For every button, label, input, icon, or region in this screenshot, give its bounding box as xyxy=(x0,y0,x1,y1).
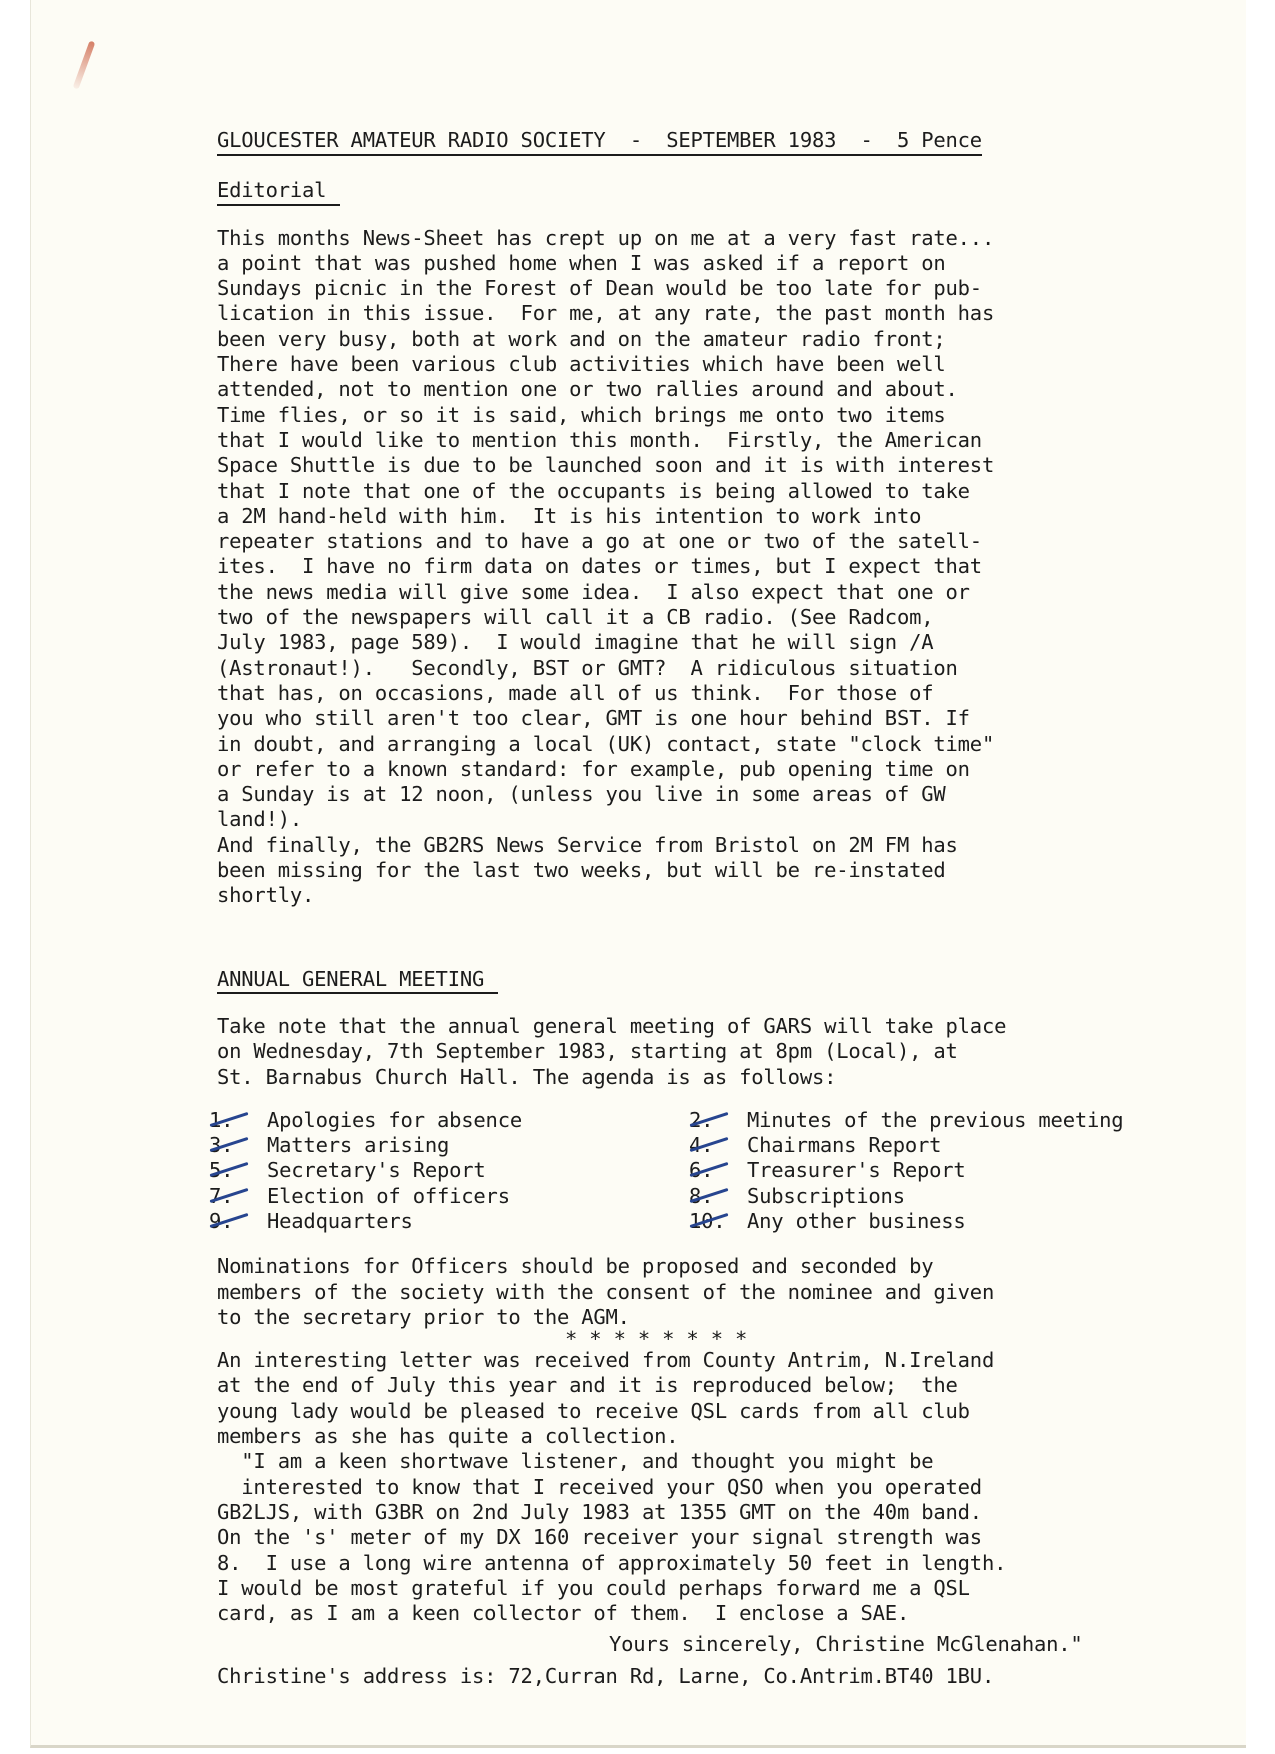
newsletter-page: GLOUCESTER AMATEUR RADIO SOCIETY - SEPTE… xyxy=(30,0,1246,1748)
agenda-label: Election of officers xyxy=(267,1184,510,1209)
text-line: St. Barnabus Church Hall. The agenda is … xyxy=(217,1065,1237,1090)
pen-strike-mark xyxy=(690,1162,729,1177)
agenda-item: 5.Secretary's Report xyxy=(209,1158,689,1183)
text-line: Nominations for Officers should be propo… xyxy=(217,1254,1237,1279)
text-line: the news media will give some idea. I al… xyxy=(217,580,1237,605)
text-line: And finally, the GB2RS News Service from… xyxy=(217,833,1237,858)
letter-body-text: "I am a keen shortwave listener, and tho… xyxy=(217,1449,1237,1626)
contact-address: Christine's address is: 72,Curran Rd, La… xyxy=(217,1664,1237,1689)
text-line: July 1983, page 589). I would imagine th… xyxy=(217,630,1237,655)
text-line: at the end of July this year and it is r… xyxy=(217,1373,1237,1398)
agenda-label: Treasurer's Report xyxy=(747,1158,966,1183)
agenda-item: 4.Chairmans Report xyxy=(689,1133,1169,1158)
text-line: two of the newspapers will call it a CB … xyxy=(217,605,1237,630)
text-line: shortly. xyxy=(217,883,1237,908)
text-line: that I would like to mention this month.… xyxy=(217,428,1237,453)
agenda-item: 2.Minutes of the previous meeting xyxy=(689,1108,1169,1133)
agenda-label: Chairmans Report xyxy=(747,1133,941,1158)
text-line: attended, not to mention one or two rall… xyxy=(217,377,1237,402)
agenda-number: 3. xyxy=(209,1133,267,1158)
agenda-number: 5. xyxy=(209,1158,267,1183)
editorial-text: This months News-Sheet has crept up on m… xyxy=(217,226,1237,909)
pen-strike-mark xyxy=(690,1188,729,1203)
text-line: 8. I use a long wire antenna of approxim… xyxy=(217,1551,1237,1576)
agenda-item: 10.Any other business xyxy=(689,1209,1169,1234)
agenda-number: 8. xyxy=(689,1184,747,1209)
agenda-label: Subscriptions xyxy=(747,1184,905,1209)
agenda-label: Minutes of the previous meeting xyxy=(747,1108,1123,1133)
text-line: interested to know that I received your … xyxy=(217,1475,1237,1500)
agenda-label: Headquarters xyxy=(267,1209,413,1234)
text-line: There have been various club activities … xyxy=(217,352,1237,377)
text-line: repeater stations and to have a go at on… xyxy=(217,529,1237,554)
text-line: Sundays picnic in the Forest of Dean wou… xyxy=(217,276,1237,301)
agenda-label: Any other business xyxy=(747,1209,966,1234)
masthead: GLOUCESTER AMATEUR RADIO SOCIETY - SEPTE… xyxy=(217,128,982,156)
agenda-item: 8.Subscriptions xyxy=(689,1184,1169,1209)
nominations-text: Nominations for Officers should be propo… xyxy=(217,1254,1237,1330)
text-line: card, as I am a keen collector of them. … xyxy=(217,1601,1237,1626)
pen-strike-mark xyxy=(210,1213,249,1228)
pen-strike-mark xyxy=(210,1188,249,1203)
text-line: ites. I have no firm data on dates or ti… xyxy=(217,554,1237,579)
agenda-number: 4. xyxy=(689,1133,747,1158)
text-line: GB2LJS, with G3BR on 2nd July 1983 at 13… xyxy=(217,1500,1237,1525)
text-line: On the 's' meter of my DX 160 receiver y… xyxy=(217,1525,1237,1550)
text-line: lication in this issue. For me, at any r… xyxy=(217,301,1237,326)
text-line: Space Shuttle is due to be launched soon… xyxy=(217,453,1237,478)
letter-intro-text: An interesting letter was received from … xyxy=(217,1348,1237,1449)
agenda-label: Apologies for absence xyxy=(267,1108,522,1133)
text-line: that has, on occasions, made all of us t… xyxy=(217,681,1237,706)
paper-stain xyxy=(73,40,96,89)
text-line: in doubt, and arranging a local (UK) con… xyxy=(217,732,1237,757)
agenda-number: 1. xyxy=(209,1108,267,1133)
pen-strike-mark xyxy=(210,1137,249,1152)
agenda-number: 6. xyxy=(689,1158,747,1183)
text-line: (Astronaut!). Secondly, BST or GMT? A ri… xyxy=(217,656,1237,681)
text-line: Take note that the annual general meetin… xyxy=(217,1014,1237,1039)
text-line: been very busy, both at work and on the … xyxy=(217,327,1237,352)
pen-strike-mark xyxy=(210,1162,249,1177)
agenda-item: 9.Headquarters xyxy=(209,1209,689,1234)
text-line: a Sunday is at 12 noon, (unless you live… xyxy=(217,782,1237,807)
text-line: young lady would be pleased to receive Q… xyxy=(217,1399,1237,1424)
agenda-item: 7.Election of officers xyxy=(209,1184,689,1209)
text-line: Time flies, or so it is said, which brin… xyxy=(217,403,1237,428)
text-line: that I note that one of the occupants is… xyxy=(217,479,1237,504)
agenda-number: 2. xyxy=(689,1108,747,1133)
text-line: members of the society with the consent … xyxy=(217,1280,1237,1305)
agenda-item: 6.Treasurer's Report xyxy=(689,1158,1169,1183)
section-separator: * * * * * * * * xyxy=(565,1330,1237,1348)
text-line: on Wednesday, 7th September 1983, starti… xyxy=(217,1039,1237,1064)
pen-strike-mark xyxy=(690,1112,729,1127)
agenda-label: Matters arising xyxy=(267,1133,449,1158)
text-line: land!). xyxy=(217,807,1237,832)
text-line: a 2M hand-held with him. It is his inten… xyxy=(217,504,1237,529)
pen-strike-mark xyxy=(690,1137,729,1152)
document-body: GLOUCESTER AMATEUR RADIO SOCIETY - SEPTE… xyxy=(217,128,1237,1689)
agenda-number: 9. xyxy=(209,1209,267,1234)
editorial-heading: Editorial xyxy=(217,178,340,205)
agm-heading: ANNUAL GENERAL MEETING xyxy=(217,967,498,994)
agenda-label: Secretary's Report xyxy=(267,1158,486,1183)
agenda-item: 3.Matters arising xyxy=(209,1133,689,1158)
text-line: members as she has quite a collection. xyxy=(217,1424,1237,1449)
agenda-list: 1.Apologies for absence2.Minutes of the … xyxy=(209,1108,1237,1234)
text-line: An interesting letter was received from … xyxy=(217,1348,1237,1373)
agm-intro-text: Take note that the annual general meetin… xyxy=(217,1014,1237,1090)
text-line: I would be most grateful if you could pe… xyxy=(217,1576,1237,1601)
agenda-item: 1.Apologies for absence xyxy=(209,1108,689,1133)
text-line: a point that was pushed home when I was … xyxy=(217,251,1237,276)
agenda-number: 7. xyxy=(209,1184,267,1209)
text-line: you who still aren't too clear, GMT is o… xyxy=(217,706,1237,731)
pen-strike-mark xyxy=(690,1213,729,1228)
text-line: or refer to a known standard: for exampl… xyxy=(217,757,1237,782)
text-line: "I am a keen shortwave listener, and tho… xyxy=(217,1449,1237,1474)
agenda-number: 10. xyxy=(689,1209,747,1234)
pen-strike-mark xyxy=(210,1112,249,1127)
letter-signoff: Yours sincerely, Christine McGlenahan." xyxy=(609,1632,1237,1657)
text-line: been missing for the last two weeks, but… xyxy=(217,858,1237,883)
text-line: This months News-Sheet has crept up on m… xyxy=(217,226,1237,251)
